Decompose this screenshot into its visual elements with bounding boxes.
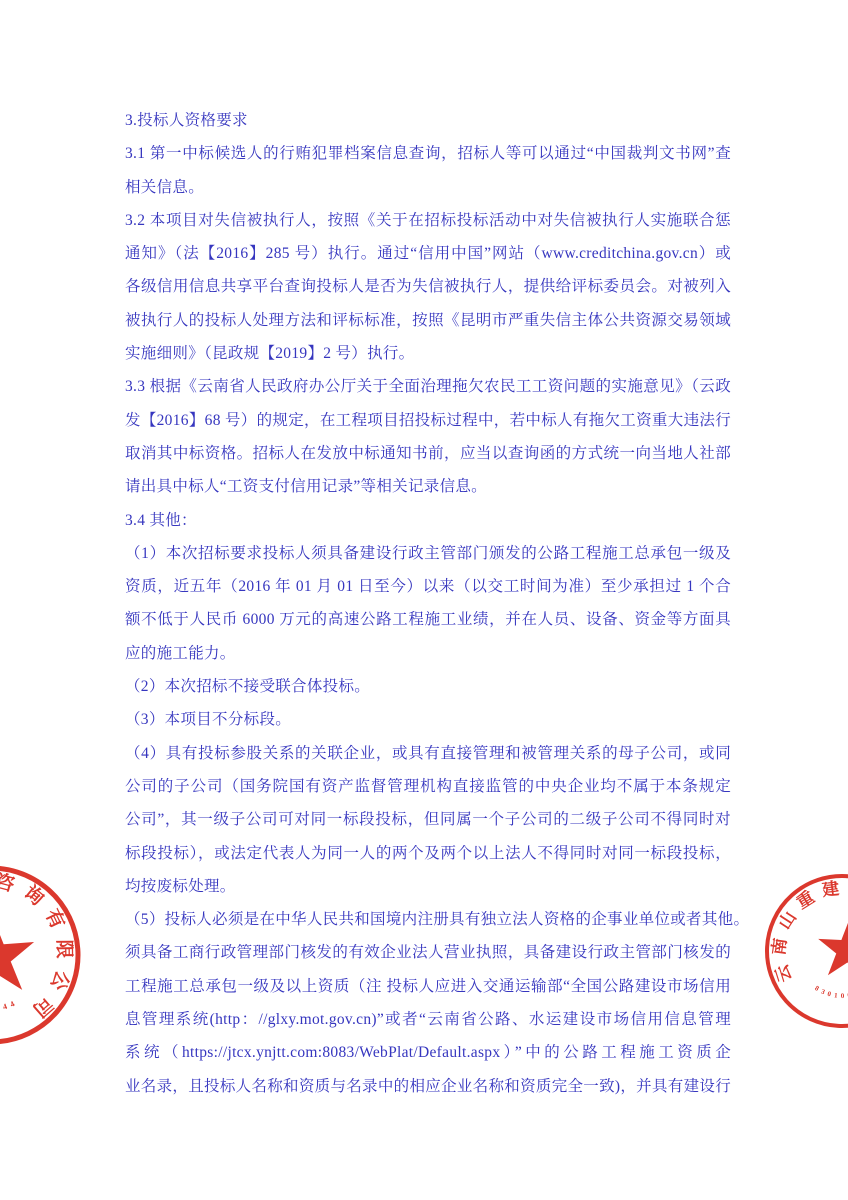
document-line: 业名录，且投标人名称和资质与名录中的相应企业名称和资质完全一致)，并具有建设行政 bbox=[125, 1070, 731, 1103]
document-page: 3.投标人资格要求3.1 第一中标候选人的行贿犯罪档案信息查询，招标人等可以通过… bbox=[0, 0, 848, 1200]
document-line: 资质，近五年（2016 年 01 月 01 日至今）以来（以交工时间为准）至少承… bbox=[125, 570, 731, 603]
document-line: 须具备工商行政管理部门核发的有效企业法人营业执照，具备建设行政主管部门核发的公路 bbox=[125, 936, 731, 969]
document-line: 3.投标人资格要求 bbox=[125, 104, 731, 137]
document-line: （5）投标人必须是在中华人民共和国境内注册具有独立法人资格的企事业单位或者其他。 bbox=[125, 903, 731, 936]
star-icon bbox=[0, 913, 37, 994]
document-line: 3.1 第一中标候选人的行贿犯罪档案信息查询，招标人等可以通过“中国裁判文书网”… bbox=[125, 137, 731, 170]
company-seal-right: 云南山重建设工程 8301004 bbox=[755, 860, 848, 1050]
document-line: 额不低于人民币 6000 万元的高速公路工程施工业绩，并在人员、设备、资金等方面… bbox=[125, 603, 731, 636]
seal-ring bbox=[763, 872, 848, 1030]
document-line: 通知》（法【2016】285 号）执行。通过“信用中国”网站（www.credi… bbox=[125, 237, 731, 270]
document-line: 被执行人的投标人处理方法和评标标准，按照《昆明市严重失信主体公共资源交易领域惩戒 bbox=[125, 304, 731, 337]
seal-company-name: 云南山重建设工程 bbox=[766, 873, 848, 991]
document-line: 发【2016】68 号）的规定，在工程项目招投标过程中，若中标人有拖欠工资重大违… bbox=[125, 404, 731, 437]
document-line: 请出具中标人“工资支付信用记录”等相关记录信息。 bbox=[125, 470, 731, 503]
seal-serial-number: 8301004 bbox=[813, 984, 848, 1001]
svg-text:云南山重建设工程: 云南山重建设工程 bbox=[766, 873, 848, 991]
document-line: 应的施工能力。 bbox=[125, 637, 731, 670]
svg-text:招标咨询有限公司: 招标咨询有限公司 bbox=[0, 863, 81, 1034]
seal-serial-number: 9217544 bbox=[0, 995, 20, 1015]
document-line: （1）本次招标要求投标人须具备建设行政主管部门颁发的公路工程施工总承包一级及以上 bbox=[125, 537, 731, 570]
document-body: 3.投标人资格要求3.1 第一中标候选人的行贿犯罪档案信息查询，招标人等可以通过… bbox=[125, 104, 731, 1103]
document-line: 相关信息。 bbox=[125, 171, 731, 204]
document-line: （2）本次招标不接受联合体投标。 bbox=[125, 670, 731, 703]
svg-text:9217544: 9217544 bbox=[0, 995, 20, 1015]
document-line: 取消其中标资格。招标人在发放中标通知书前，应当以查询函的方式统一向当地人社部门函 bbox=[125, 437, 731, 470]
document-line: 公司的子公司（国务院国有资产监督管理机构直接监管的中央企业均不属于本条规定的“母 bbox=[125, 770, 731, 803]
document-line: （3）本项目不分标段。 bbox=[125, 703, 731, 736]
document-line: 3.2 本项目对失信被执行人，按照《关于在招标投标活动中对失信被执行人实施联合惩… bbox=[125, 204, 731, 237]
document-line: 工程施工总承包一级及以上资质（注 投标人应进入交通运输部“全国公路建设市场信用信 bbox=[125, 970, 731, 1003]
document-line: 息管理系统(http：//glxy.mot.gov.cn)”或者“云南省公路、水… bbox=[125, 1003, 731, 1036]
seal-company-name: 招标咨询有限公司 bbox=[0, 863, 81, 1034]
document-line: 实施细则》（昆政规【2019】2 号）执行。 bbox=[125, 337, 731, 370]
document-line: 3.3 根据《云南省人民政府办公厅关于全面治理拖欠农民工工资问题的实施意见》（云… bbox=[125, 370, 731, 403]
document-line: 系统（https://jtcx.ynjtt.com:8083/WebPlat/D… bbox=[125, 1036, 731, 1069]
document-line: 各级信用信息共享平台查询投标人是否为失信被执行人，提供给评标委员会。对被列入失信 bbox=[125, 270, 731, 303]
company-seal-left: 招标咨询有限公司 9217544 bbox=[0, 855, 90, 1055]
star-icon bbox=[816, 917, 848, 978]
document-line: 3.4 其他： bbox=[125, 504, 731, 537]
document-line: 公司”，其一级子公司可对同一标段投标，但同属一个子公司的二级子公司不得同时对同一 bbox=[125, 803, 731, 836]
document-line: （4）具有投标参股关系的关联企业，或具有直接管理和被管理关系的母子公司，或同一母 bbox=[125, 737, 731, 770]
svg-text:8301004: 8301004 bbox=[813, 984, 848, 1001]
document-line: 标段投标），或法定代表人为同一人的两个及两个以上法人不得同时对同一标段投标，否则 bbox=[125, 837, 731, 870]
document-line: 均按废标处理。 bbox=[125, 870, 731, 903]
seal-ring bbox=[0, 862, 84, 1048]
